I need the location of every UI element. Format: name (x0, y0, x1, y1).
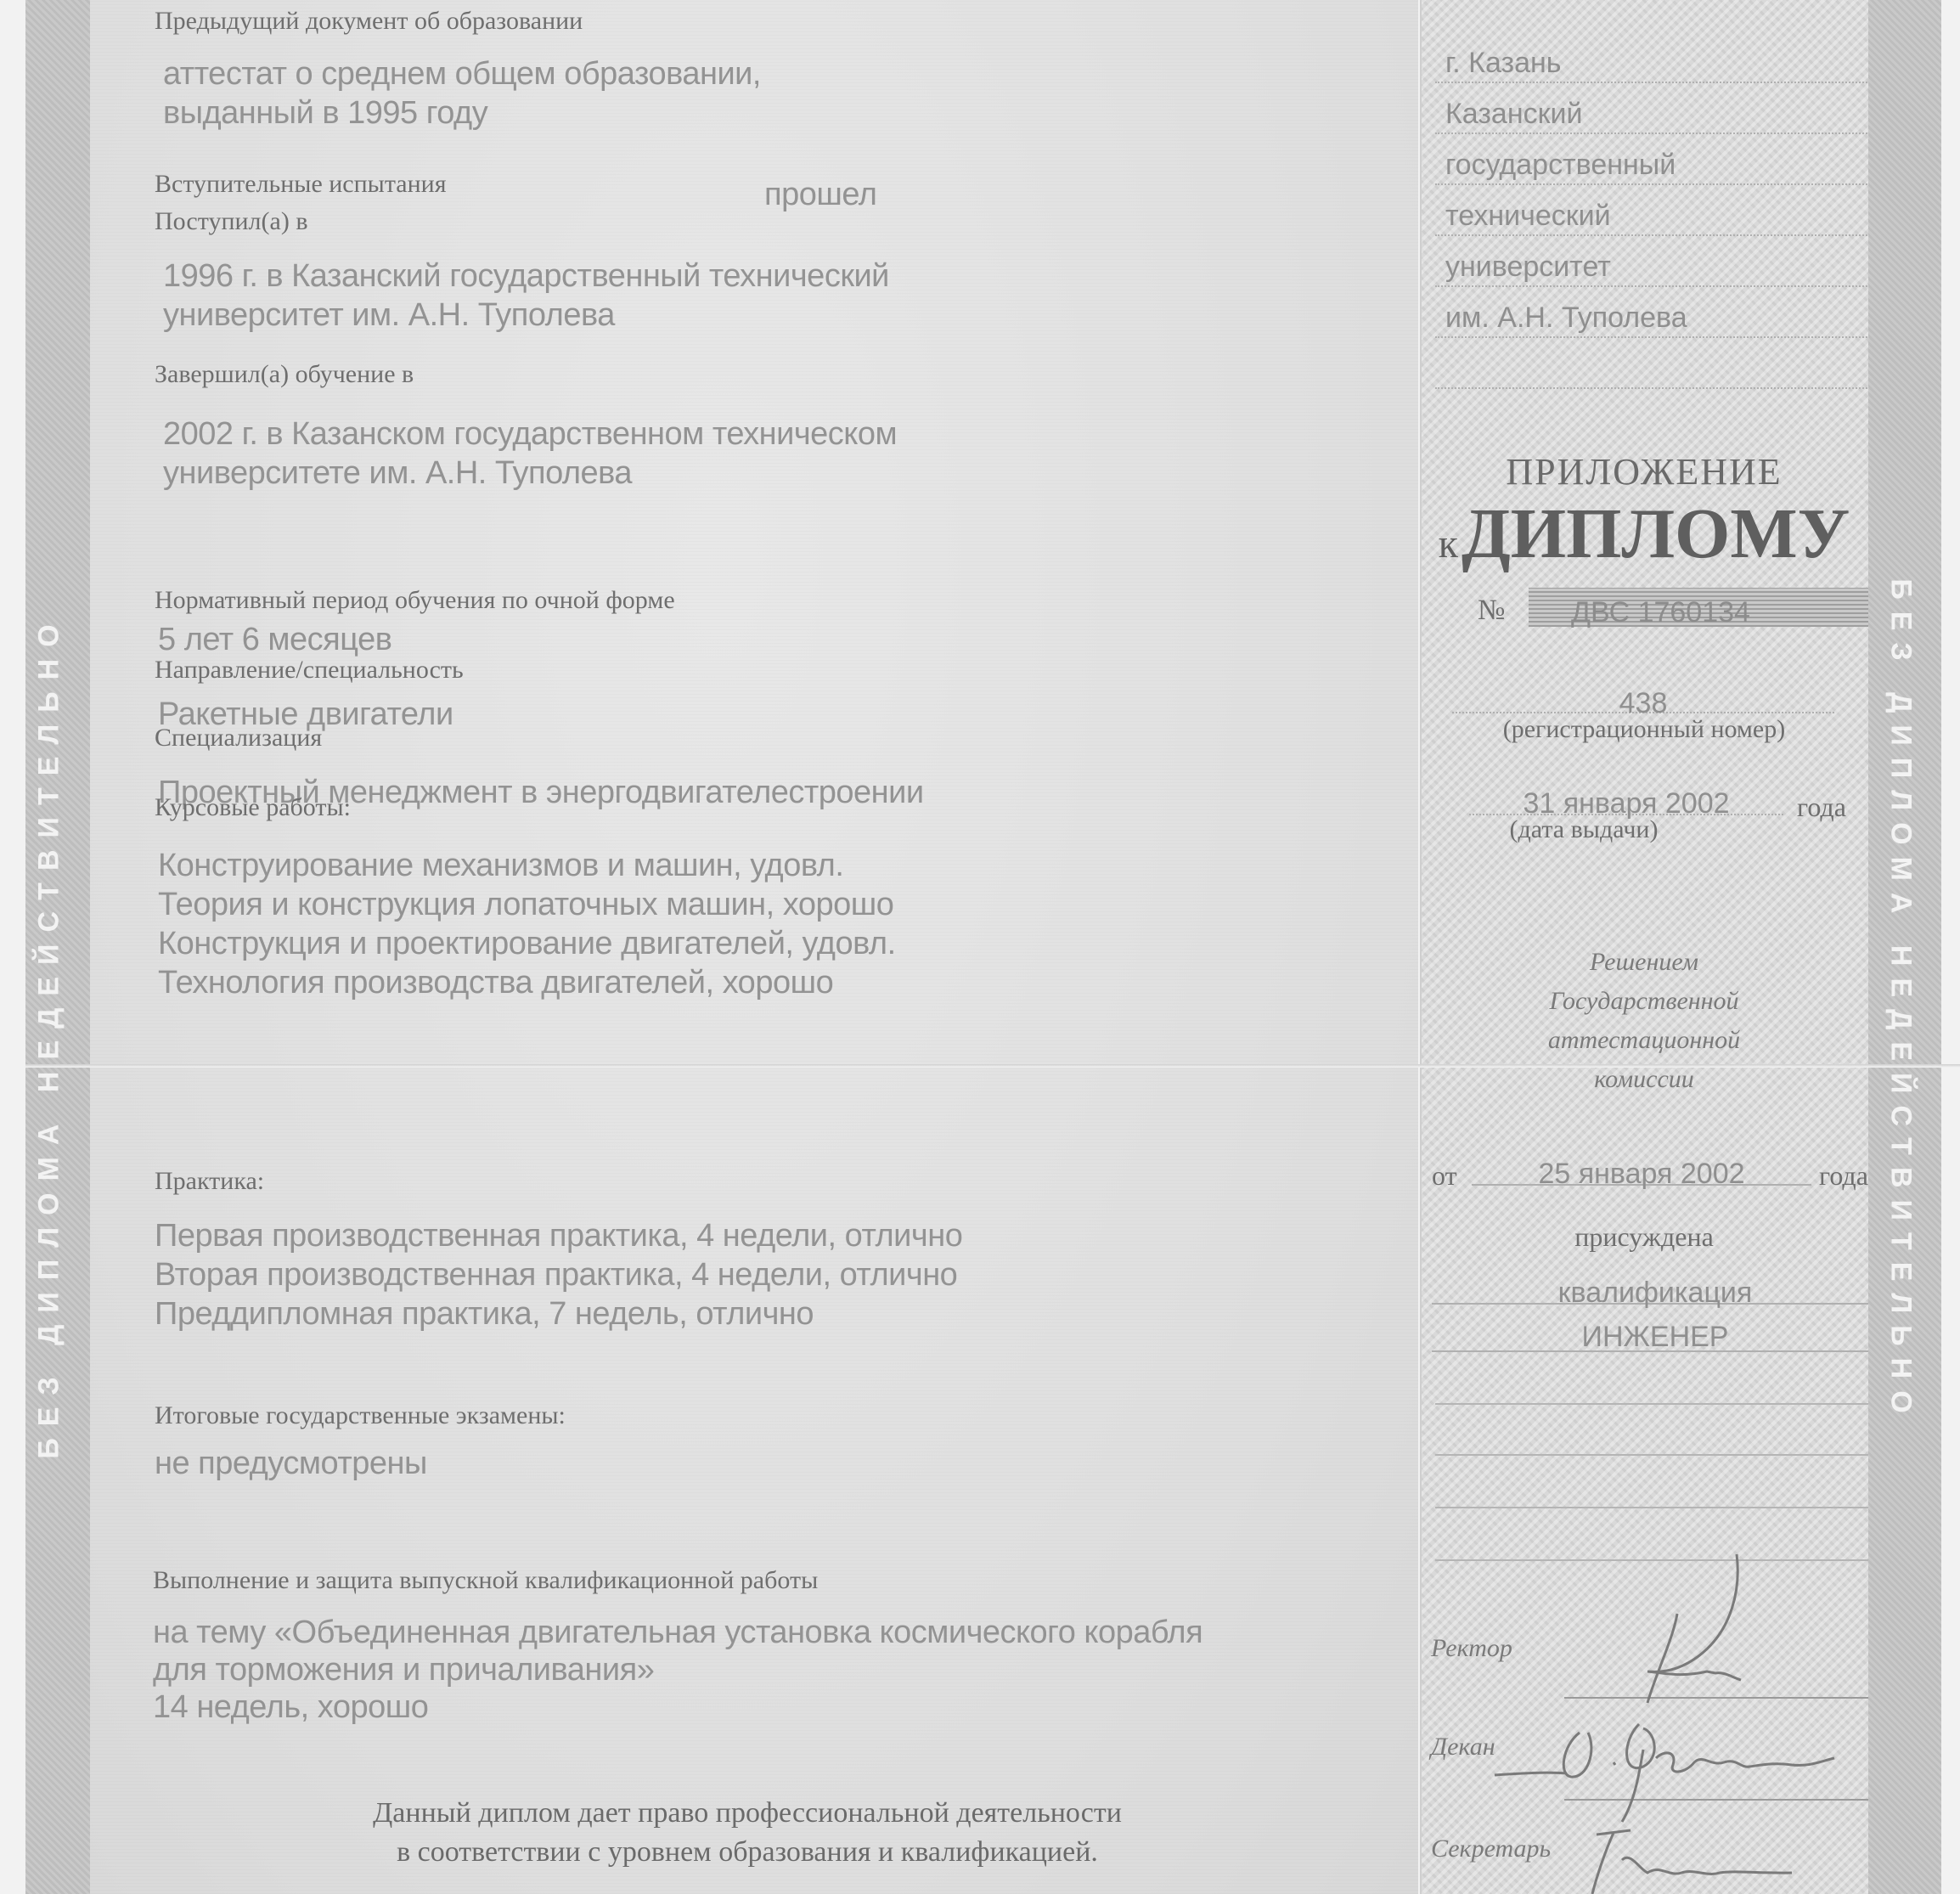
thesis-line: на тему «Объединенная двигательная устан… (153, 1614, 1202, 1651)
title-k: к (1439, 521, 1458, 567)
practice-list: Первая производственная практика, 4 неде… (155, 1216, 962, 1333)
number-sign: № (1478, 595, 1505, 626)
coursework-item: Технология производства двигателей, хоро… (158, 963, 896, 1002)
coursework-item: Конструирование механизмов и машин, удов… (158, 846, 896, 885)
diploma-number: ДВС 1760134 (1571, 596, 1750, 629)
exams-label: Итоговые государственные экзамены: (155, 1401, 566, 1430)
coursework-item: Теория и конструкция лопаточных машин, х… (158, 885, 896, 924)
footer-note: Данный диплом дает право профессионально… (170, 1794, 1325, 1872)
qualification-value: ИНЖЕНЕР (1432, 1305, 1878, 1352)
entrance-value: прошел (764, 175, 876, 214)
coursework-list: Конструирование механизмов и машин, удов… (158, 846, 896, 1002)
enrolled-value: 1996 г. в Казанский государственный техн… (163, 256, 889, 335)
decision-suffix: года (1819, 1160, 1868, 1192)
finished-value: 2002 г. в Казанском государственном техн… (163, 414, 897, 493)
diploma-number-row: № ДВС 1760134 (1478, 595, 1505, 627)
coursework-label: Курсовые работы: (155, 793, 351, 822)
enrolled-line: университет им. А.Н. Туполева (163, 296, 889, 335)
prev-doc-line: аттестат о среднем общем образовании, (163, 54, 761, 93)
footer-note-line: в соответствии с уровнем образования и к… (170, 1833, 1325, 1872)
entrance-label: Вступительные испытания (155, 170, 447, 199)
decision-text: Решением Государственной аттестационной … (1420, 943, 1868, 1099)
institution-line: им. А.Н. Туполева (1435, 287, 1877, 338)
institution-line: технический (1435, 185, 1877, 236)
qualification-label: квалификация (1432, 1257, 1878, 1305)
institution-line: университет (1435, 236, 1877, 287)
institution-line: государственный (1435, 134, 1877, 185)
practice-item: Преддипломная практика, 7 недель, отличн… (155, 1294, 962, 1333)
issue-date-suffix: года (1797, 792, 1846, 823)
blank-line (1435, 1507, 1877, 1508)
prev-doc-value: аттестат о среднем общем образовании, вы… (163, 54, 761, 132)
coursework-item: Конструкция и проектирование двигателей,… (158, 924, 896, 963)
thesis-line: для торможения и причаливания» (153, 1651, 1202, 1688)
specialty-label: Направление/специальность (155, 656, 464, 685)
finished-line: университете им. А.Н. Туполева (163, 454, 897, 493)
stripe-text-left: БЕЗ ДИПЛОМА НЕДЕЙСТВИТЕЛЬНО (33, 612, 66, 1458)
specialization-label: Специализация (155, 724, 322, 753)
security-stripe-right: БЕЗ ДИПЛОМА НЕДЕЙСТВИТЕЛЬНО (1868, 0, 1941, 1894)
security-stripe-left: БЕЗ ДИПЛОМА НЕДЕЙСТВИТЕЛЬНО (25, 0, 90, 1894)
reg-number-caption: (регистрационный номер) (1420, 715, 1868, 744)
practice-item: Первая производственная практика, 4 неде… (155, 1216, 962, 1255)
period-label: Нормативный период обучения по очной фор… (155, 586, 675, 615)
decision-line: Государственной (1420, 982, 1868, 1021)
rector-signature-icon (1597, 1554, 1800, 1707)
title-diploma: к ДИПЛОМУ (1420, 493, 1868, 575)
rector-label: Ректор (1431, 1634, 1512, 1663)
secretary-signature-icon (1580, 1826, 1834, 1894)
blank-line (1435, 1403, 1877, 1405)
enrolled-label: Поступил(а) в (155, 207, 307, 236)
thesis-line: 14 недель, хорошо (153, 1688, 1202, 1726)
exams-value: не предусмотрены (155, 1444, 427, 1483)
dean-label: Декан (1431, 1733, 1495, 1762)
decision-line: Решением (1420, 943, 1868, 982)
finished-label: Завершил(а) обучение в (155, 360, 414, 389)
dean-signature-icon (1495, 1716, 1885, 1835)
period-value: 5 лет 6 месяцев (158, 620, 391, 659)
blank-line (1435, 1454, 1877, 1456)
issue-date: 31 января 2002 (1469, 773, 1783, 815)
institution-line: г. Казань (1435, 32, 1877, 83)
prev-doc-label: Предыдущий документ об образовании (155, 7, 583, 36)
thesis-value: на тему «Объединенная двигательная устан… (153, 1614, 1202, 1726)
fold-crease (25, 1064, 1960, 1068)
decision-line: аттестационной (1420, 1021, 1868, 1060)
awarded-label: присуждена (1420, 1221, 1868, 1253)
title-appendix: ПРИЛОЖЕНИЕ (1420, 450, 1868, 493)
practice-item: Вторая производственная практика, 4 неде… (155, 1255, 962, 1294)
thesis-label: Выполнение и защита выпускной квалификац… (153, 1566, 818, 1595)
reg-number: 438 (1452, 671, 1834, 713)
practice-label: Практика: (155, 1167, 264, 1196)
secretary-label: Секретарь (1431, 1835, 1551, 1863)
decision-prefix: от (1432, 1160, 1457, 1192)
institution-line: Казанский (1435, 83, 1877, 134)
finished-line: 2002 г. в Казанском государственном техн… (163, 414, 897, 454)
footer-note-line: Данный диплом дает право профессионально… (170, 1794, 1325, 1833)
title-diploma-word: ДИПЛОМУ (1462, 494, 1850, 573)
decision-date: 25 января 2002 (1472, 1138, 1811, 1186)
enrolled-line: 1996 г. в Казанский государственный техн… (163, 256, 889, 296)
prev-doc-line: выданный в 1995 году (163, 93, 761, 132)
institution-line-empty (1435, 338, 1877, 389)
issue-date-caption: (дата выдачи) (1444, 815, 1724, 844)
stripe-text-right: БЕЗ ДИПЛОМА НЕДЕЙСТВИТЕЛЬНО (1884, 578, 1918, 1424)
